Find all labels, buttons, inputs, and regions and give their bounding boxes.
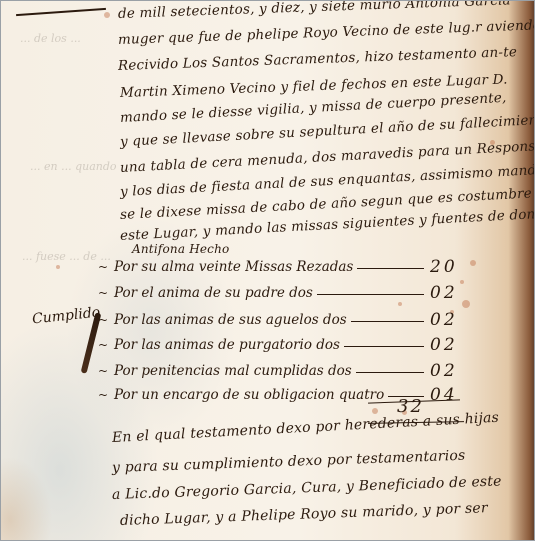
item-mark: ~ xyxy=(98,338,114,352)
foxing-spot xyxy=(372,408,378,414)
bleed-through-text: ... en ... quando ... xyxy=(30,160,130,173)
mass-list-item: ~ Por el anima de su padre dos 02 xyxy=(98,284,478,302)
item-description: Por el anima de su padre dos xyxy=(114,285,313,301)
mass-list-item: ~ Por las animas de sus aguelos dos 02 xyxy=(98,311,478,329)
bleed-through-text: ... de los ... xyxy=(20,32,81,45)
item-amount: 02 xyxy=(430,361,478,381)
item-amount: 02 xyxy=(430,310,478,330)
mass-list-item: ~ Por penitencias mal cumplidas dos 02 xyxy=(98,362,478,380)
item-mark: ~ xyxy=(98,286,114,300)
item-description: Por las animas de purgatorio dos xyxy=(114,337,340,353)
closing-line: y para su cumplimiento dexo por testamen… xyxy=(112,448,466,476)
item-amount: 02 xyxy=(430,283,478,303)
item-description: Por un encargo de su obligacion quatro xyxy=(114,387,384,403)
leader-line xyxy=(351,321,424,322)
item-mark: ~ xyxy=(98,388,114,402)
closing-line: En el qual testamento dexo por herederas… xyxy=(112,410,500,446)
body-line: de mill setecientos, y diez, y siete mur… xyxy=(118,0,511,22)
leader-line xyxy=(357,268,424,269)
item-description: Por las animas de sus aguelos dos xyxy=(114,312,347,328)
item-amount: 04 xyxy=(430,385,478,405)
item-description: Por su alma veinte Missas Rezadas xyxy=(114,259,353,275)
item-mark: ~ xyxy=(98,364,114,378)
foxing-spot xyxy=(398,302,402,306)
leader-line xyxy=(344,346,424,347)
top-rule-stroke xyxy=(16,8,106,16)
closing-line: a Lic.do Gregorio Garcia, Cura, y Benefi… xyxy=(112,473,502,503)
item-amount: 20 xyxy=(430,257,478,277)
item-amount: 02 xyxy=(430,335,478,355)
foxing-spot xyxy=(56,265,60,269)
manuscript-page: ... de los ... ... en ... quando ... ...… xyxy=(0,0,535,541)
leader-line xyxy=(317,294,424,295)
leader-line xyxy=(356,372,424,373)
foxing-spot xyxy=(104,12,110,18)
item-mark: ~ xyxy=(98,260,114,274)
body-line: muger que fue de phelipe Royo Vecino de … xyxy=(118,17,535,48)
mass-list-item: ~ Por las animas de purgatorio dos 02 xyxy=(98,336,478,354)
body-line: Antifona Hecho xyxy=(132,242,229,256)
mass-list-item: ~ Por su alma veinte Missas Rezadas 20 xyxy=(98,258,478,276)
item-mark: ~ xyxy=(98,313,114,327)
closing-line: dicho Lugar, y a Phelipe Royo su marido,… xyxy=(120,500,488,529)
item-description: Por penitencias mal cumplidas dos xyxy=(114,363,352,379)
body-line: Recivido Los Santos Sacramentos, hizo te… xyxy=(118,44,518,74)
margin-note-cumplido: Cumplido xyxy=(31,304,101,327)
